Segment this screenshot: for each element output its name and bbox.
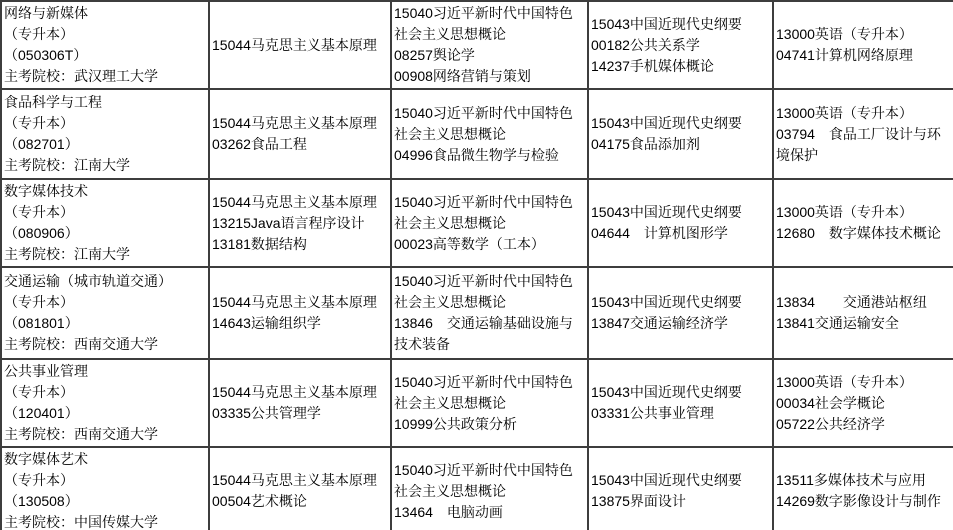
course-entry: 13000英语（专升本）: [776, 103, 952, 124]
course-slot-cell: 13000英语（专升本）04741计算机网络原理: [773, 1, 953, 89]
course-slot-cell: 15043中国近现代史纲要13875界面设计: [588, 447, 773, 530]
chief-examiner-school: 主考院校：江南大学: [4, 244, 207, 265]
course-entry: 13000英语（专升本）: [776, 24, 952, 45]
course-entry: 08257舆论学: [394, 45, 586, 66]
table-row: 数字媒体艺术（专升本）（130508）主考院校：中国传媒大学15044马克思主义…: [1, 447, 953, 530]
course-slot-cell: 15040习近平新时代中国特色社会主义思想概论00023高等数学（工本）: [391, 179, 588, 267]
course-entry: 15044马克思主义基本原理: [212, 382, 389, 403]
chief-examiner-school: 主考院校：西南交通大学: [4, 424, 207, 445]
exam-schedule-page: 网络与新媒体（专升本）（050306T）主考院校：武汉理工大学15044马克思主…: [0, 0, 953, 530]
course-entry: 13464 电脑动画: [394, 502, 586, 523]
course-entry: 13181数据结构: [212, 234, 389, 255]
major-code: （080906）: [4, 223, 207, 244]
degree-level: （专升本）: [4, 292, 207, 313]
course-entry: 13847交通运输经济学: [591, 313, 771, 334]
major-name: 数字媒体技术: [4, 181, 207, 202]
course-slot-cell: 15040习近平新时代中国特色社会主义思想概论08257舆论学00908网络营销…: [391, 1, 588, 89]
major-info-cell: 食品科学与工程（专升本）（082701）主考院校：江南大学: [1, 89, 209, 179]
course-slot-cell: 15043中国近现代史纲要04644 计算机图形学: [588, 179, 773, 267]
course-entry: 15040习近平新时代中国特色社会主义思想概论: [394, 192, 586, 234]
course-entry: 00182公共关系学: [591, 35, 771, 56]
course-entry: 15044马克思主义基本原理: [212, 470, 389, 491]
course-entry: 13511多媒体技术与应用: [776, 470, 952, 491]
course-entry: 15043中国近现代史纲要: [591, 202, 771, 223]
major-name: 数字媒体艺术: [4, 449, 207, 470]
course-slot-cell: 13000英语（专升本）03794 食品工厂设计与环境保护: [773, 89, 953, 179]
course-entry: 04175食品添加剂: [591, 134, 771, 155]
course-entry: 13000英语（专升本）: [776, 202, 952, 223]
course-entry: 14269数字影像设计与制作: [776, 491, 952, 512]
course-slot-cell: 15040习近平新时代中国特色社会主义思想概论13846 交通运输基础设施与技术…: [391, 267, 588, 359]
course-entry: 15040习近平新时代中国特色社会主义思想概论: [394, 3, 586, 45]
major-name: 网络与新媒体: [4, 3, 207, 24]
course-entry: 03794 食品工厂设计与环境保护: [776, 124, 952, 166]
course-slot-cell: 15044马克思主义基本原理00504艺术概论: [209, 447, 391, 530]
table-row: 食品科学与工程（专升本）（082701）主考院校：江南大学15044马克思主义基…: [1, 89, 953, 179]
table-row: 交通运输（城市轨道交通）（专升本）（081801）主考院校：西南交通大学1504…: [1, 267, 953, 359]
chief-examiner-school: 主考院校：中国传媒大学: [4, 512, 207, 530]
major-info-cell: 数字媒体技术（专升本）（080906）主考院校：江南大学: [1, 179, 209, 267]
major-code: （120401）: [4, 403, 207, 424]
course-entry: 15043中国近现代史纲要: [591, 14, 771, 35]
course-slot-cell: 15044马克思主义基本原理03262食品工程: [209, 89, 391, 179]
major-name: 公共事业管理: [4, 361, 207, 382]
degree-level: （专升本）: [4, 202, 207, 223]
major-name: 交通运输（城市轨道交通）: [4, 271, 207, 292]
degree-level: （专升本）: [4, 382, 207, 403]
degree-level: （专升本）: [4, 470, 207, 491]
course-entry: 03262食品工程: [212, 134, 389, 155]
course-entry: 00504艺术概论: [212, 491, 389, 512]
course-entry: 13875界面设计: [591, 491, 771, 512]
course-entry: 12680 数字媒体技术概论: [776, 223, 952, 244]
course-entry: 05722公共经济学: [776, 414, 952, 435]
course-entry: 00908网络营销与策划: [394, 66, 586, 87]
course-entry: 15044马克思主义基本原理: [212, 35, 389, 56]
course-entry: 10999公共政策分析: [394, 414, 586, 435]
degree-level: （专升本）: [4, 113, 207, 134]
course-slot-cell: 15043中国近现代史纲要00182公共关系学14237手机媒体概论: [588, 1, 773, 89]
course-entry: 04741计算机网络原理: [776, 45, 952, 66]
chief-examiner-school: 主考院校：西南交通大学: [4, 334, 207, 355]
course-slot-cell: 15040习近平新时代中国特色社会主义思想概论10999公共政策分析: [391, 359, 588, 447]
degree-level: （专升本）: [4, 24, 207, 45]
course-entry: 13841交通运输安全: [776, 313, 952, 334]
major-name: 食品科学与工程: [4, 92, 207, 113]
course-slot-cell: 15044马克思主义基本原理: [209, 1, 391, 89]
table-row: 数字媒体技术（专升本）（080906）主考院校：江南大学15044马克思主义基本…: [1, 179, 953, 267]
course-entry: 15044马克思主义基本原理: [212, 113, 389, 134]
course-entry: 13215Java语言程序设计: [212, 213, 389, 234]
course-slot-cell: 15040习近平新时代中国特色社会主义思想概论04996食品微生物学与检验: [391, 89, 588, 179]
major-info-cell: 交通运输（城市轨道交通）（专升本）（081801）主考院校：西南交通大学: [1, 267, 209, 359]
table-row: 网络与新媒体（专升本）（050306T）主考院校：武汉理工大学15044马克思主…: [1, 1, 953, 89]
major-info-cell: 公共事业管理（专升本）（120401）主考院校：西南交通大学: [1, 359, 209, 447]
chief-examiner-school: 主考院校：江南大学: [4, 155, 207, 176]
course-slot-cell: 13000英语（专升本）00034社会学概论05722公共经济学: [773, 359, 953, 447]
course-entry: 15040习近平新时代中国特色社会主义思想概论: [394, 103, 586, 145]
course-entry: 15040习近平新时代中国特色社会主义思想概论: [394, 271, 586, 313]
course-entry: 15044马克思主义基本原理: [212, 292, 389, 313]
exam-table-body: 网络与新媒体（专升本）（050306T）主考院校：武汉理工大学15044马克思主…: [1, 1, 953, 530]
course-entry: 00034社会学概论: [776, 393, 952, 414]
course-entry: 15043中国近现代史纲要: [591, 470, 771, 491]
course-entry: 13000英语（专升本）: [776, 372, 952, 393]
course-entry: 04644 计算机图形学: [591, 223, 771, 244]
course-slot-cell: 15043中国近现代史纲要13847交通运输经济学: [588, 267, 773, 359]
course-entry: 03335公共管理学: [212, 403, 389, 424]
major-code: （050306T）: [4, 45, 207, 66]
course-entry: 14237手机媒体概论: [591, 56, 771, 77]
course-slot-cell: 13511多媒体技术与应用14269数字影像设计与制作: [773, 447, 953, 530]
course-entry: 13834 交通港站枢纽: [776, 292, 952, 313]
course-slot-cell: 15044马克思主义基本原理14643运输组织学: [209, 267, 391, 359]
course-slot-cell: 15043中国近现代史纲要04175食品添加剂: [588, 89, 773, 179]
major-info-cell: 数字媒体艺术（专升本）（130508）主考院校：中国传媒大学: [1, 447, 209, 530]
course-entry: 15040习近平新时代中国特色社会主义思想概论: [394, 460, 586, 502]
course-slot-cell: 15044马克思主义基本原理13215Java语言程序设计13181数据结构: [209, 179, 391, 267]
major-code: （082701）: [4, 134, 207, 155]
course-slot-cell: 15043中国近现代史纲要03331公共事业管理: [588, 359, 773, 447]
course-entry: 15040习近平新时代中国特色社会主义思想概论: [394, 372, 586, 414]
course-entry: 15043中国近现代史纲要: [591, 113, 771, 134]
table-row: 公共事业管理（专升本）（120401）主考院校：西南交通大学15044马克思主义…: [1, 359, 953, 447]
course-entry: 15043中国近现代史纲要: [591, 382, 771, 403]
course-slot-cell: 13000英语（专升本）12680 数字媒体技术概论: [773, 179, 953, 267]
course-entry: 14643运输组织学: [212, 313, 389, 334]
major-code: （130508）: [4, 491, 207, 512]
course-entry: 15044马克思主义基本原理: [212, 192, 389, 213]
major-info-cell: 网络与新媒体（专升本）（050306T）主考院校：武汉理工大学: [1, 1, 209, 89]
course-entry: 04996食品微生物学与检验: [394, 145, 586, 166]
course-entry: 03331公共事业管理: [591, 403, 771, 424]
major-code: （081801）: [4, 313, 207, 334]
course-slot-cell: 15044马克思主义基本原理03335公共管理学: [209, 359, 391, 447]
exam-schedule-table: 网络与新媒体（专升本）（050306T）主考院校：武汉理工大学15044马克思主…: [0, 0, 953, 530]
course-entry: 15043中国近现代史纲要: [591, 292, 771, 313]
course-entry: 00023高等数学（工本）: [394, 234, 586, 255]
chief-examiner-school: 主考院校：武汉理工大学: [4, 66, 207, 87]
course-slot-cell: 13834 交通港站枢纽13841交通运输安全: [773, 267, 953, 359]
course-entry: 13846 交通运输基础设施与技术装备: [394, 313, 586, 355]
course-slot-cell: 15040习近平新时代中国特色社会主义思想概论13464 电脑动画: [391, 447, 588, 530]
